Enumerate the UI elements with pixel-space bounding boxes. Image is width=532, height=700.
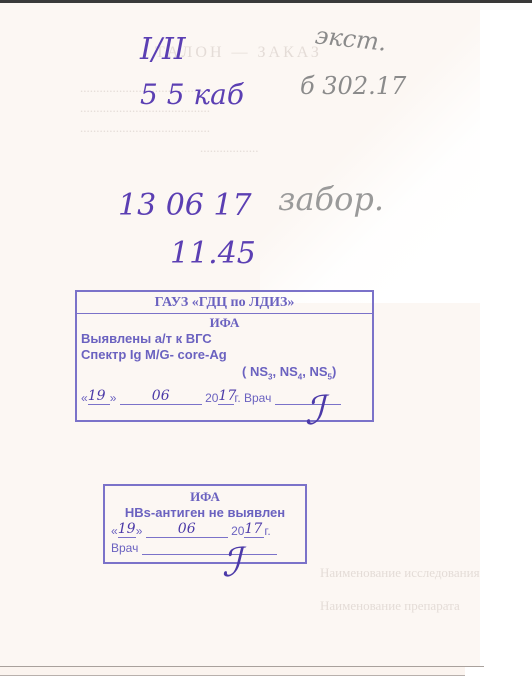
stamp-date-line: «19» 06 2017г. Врач xyxy=(77,388,372,405)
stamp-date-line: «19» 06 2017г. xyxy=(105,521,305,538)
quote-open: « xyxy=(111,524,118,538)
date-day: 19 xyxy=(88,388,110,405)
date-day: 19 xyxy=(118,521,136,538)
stamp-method: ИФА xyxy=(105,486,305,505)
date-year: 17 xyxy=(244,521,264,538)
year-prefix: 20 xyxy=(205,391,218,405)
stamp-hbs-result: ИФА HBs-антиген не выявлен «19» 06 2017г… xyxy=(103,484,307,564)
stamp-hcv-result: ГАУЗ «ГДЦ по ЛДИЗ» ИФА Выявлены а/т к ВГ… xyxy=(75,290,374,422)
quote-open: « xyxy=(81,391,88,405)
paper-fold-highlight xyxy=(260,3,532,303)
doctor-signature: ℐ xyxy=(305,388,324,434)
pencil-note-number: б 302.17 xyxy=(300,72,406,100)
doctor-signature: ℐ xyxy=(222,540,241,586)
stamp-method: ИФА xyxy=(77,315,372,331)
date-month: 06 xyxy=(146,521,228,538)
ns3-sub: 3 xyxy=(268,373,272,382)
quote-close: » xyxy=(110,391,117,405)
ns4-label: NS xyxy=(280,364,298,379)
ns4-sub: 4 xyxy=(298,373,302,382)
stamp-ns-list: ( NS3, NS4, NS5) xyxy=(77,363,372,386)
stamp-spectrum-line: Спектр Ig M/G- core-Ag xyxy=(77,347,372,363)
stamp-result-line: HBs-антиген не выявлен xyxy=(105,505,305,521)
date-month: 06 xyxy=(120,388,202,405)
bleed-line: Наименование препарата xyxy=(320,598,460,614)
bleed-line: .................. xyxy=(200,140,259,156)
bleed-line: Наименование исследования xyxy=(320,565,480,581)
handwriting-collection-time: 11.45 xyxy=(170,236,256,271)
stamp-result-line: Выявлены а/т к ВГС xyxy=(77,331,372,347)
paren-close: ) xyxy=(332,364,336,379)
stamp-org-name: ГАУЗ «ГДЦ по ЛДИЗ» xyxy=(77,292,372,314)
quote-close: » xyxy=(136,524,143,538)
handwriting-collection-date: 13 06 17 xyxy=(118,188,252,223)
year-prefix: 20 xyxy=(231,524,244,538)
bleed-line: ........................................ xyxy=(80,120,210,136)
paren-open: ( xyxy=(242,364,246,379)
handwriting-category: I/II xyxy=(140,32,186,67)
pencil-collection-label: забор. xyxy=(278,180,384,218)
date-year: 17 xyxy=(218,388,234,405)
stamp-doctor-line: Врач xyxy=(105,541,305,555)
sheet-bottom-edge xyxy=(0,666,484,667)
signature-line xyxy=(142,554,277,555)
handwriting-cabinet: 5 5 каб xyxy=(140,78,244,111)
year-label: г. xyxy=(264,524,270,538)
ns3-label: NS xyxy=(250,364,268,379)
ns5-label: NS xyxy=(309,364,327,379)
year-doctor-label: г. Врач xyxy=(234,391,271,405)
doctor-label: Врач xyxy=(111,541,138,555)
